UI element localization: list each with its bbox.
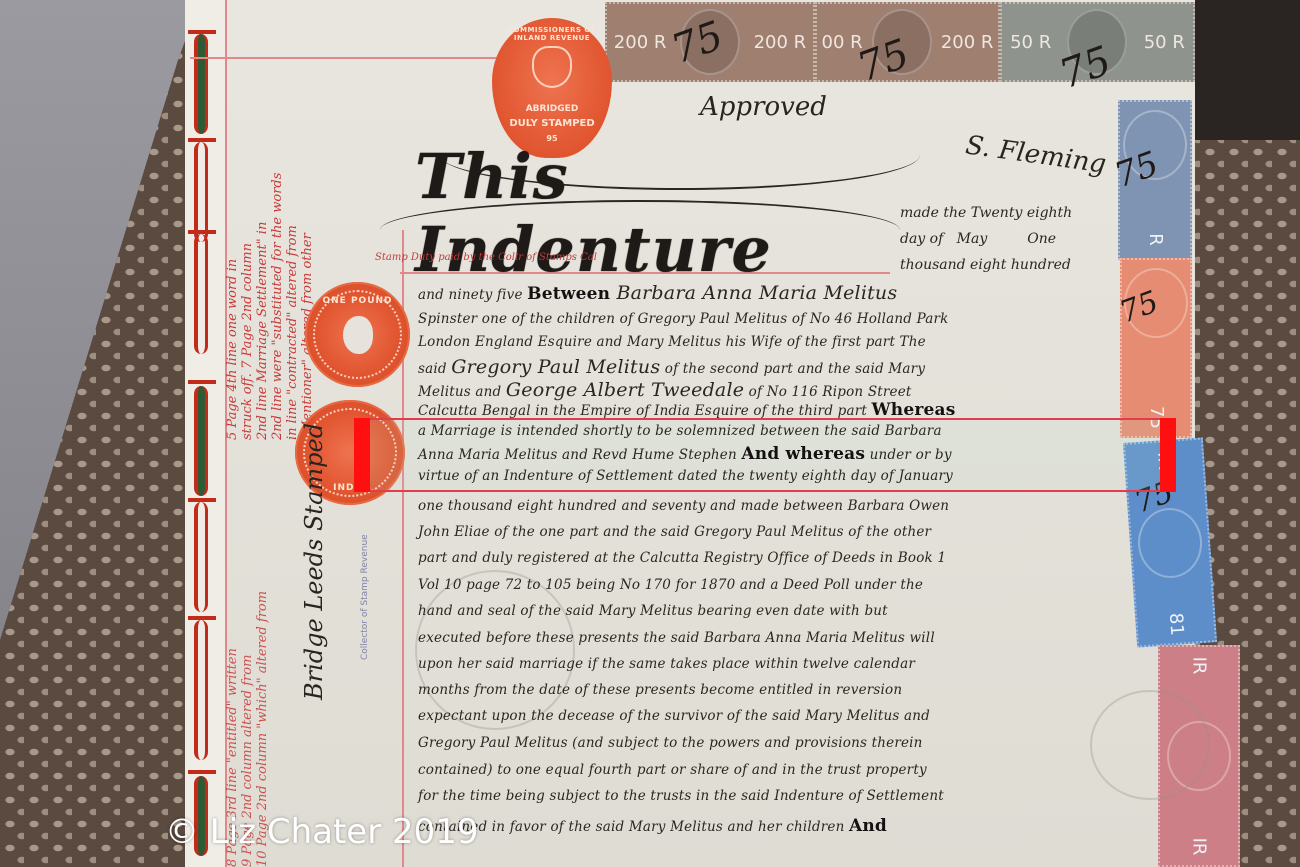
body-line: expectant upon the decease of the surviv… <box>418 708 930 724</box>
body-line: London England Esquire and Mary Melitus … <box>418 334 926 350</box>
crown-icon <box>532 46 572 88</box>
margin-note: 8 Page 3rd line "entitled" written <box>225 447 240 867</box>
stamp-value: IR <box>1188 838 1209 856</box>
margin-note: struck off. 7 Page 2nd column <box>240 10 255 440</box>
date-month: May <box>957 231 988 247</box>
body-line-highlighted: a Marriage is intended shortly to be sol… <box>418 423 942 439</box>
body-line: said Gregory Paul Melitus of the second … <box>418 356 925 378</box>
ribbon-tie <box>188 770 216 774</box>
stamp-value: 50 R <box>1010 32 1051 53</box>
vertical-signature: Bridge Leeds Stamped <box>300 420 340 700</box>
date-day: Twenty eighth <box>971 205 1073 221</box>
date-year-start: One <box>1027 231 1056 247</box>
ribbon-segment <box>194 386 208 496</box>
body-line: Melitus and George Albert Tweedale of No… <box>418 379 912 401</box>
date-year-rest: thousand eight hundred <box>900 257 1071 273</box>
body-line: upon her said marriage if the same takes… <box>418 656 915 672</box>
stamp-duty-note: Stamp Duty paid by the Collr of Stamps C… <box>375 252 597 263</box>
ribbon-tie <box>188 380 216 384</box>
body-line: executed before these presents the said … <box>418 630 935 646</box>
stamp-value: 200 R <box>754 32 807 53</box>
margin-note: 2nd line were "substituted for the words <box>270 10 285 440</box>
body-line: contained) to one equal fourth part or s… <box>418 762 927 778</box>
body-line: for the time being subject to the trusts… <box>418 788 944 804</box>
body-line: Gregory Paul Melitus (and subject to the… <box>418 735 923 751</box>
background-shadow <box>1190 0 1300 140</box>
margin-note: 5 Page 4th line one word in <box>225 10 240 440</box>
date-block: made the Twenty eighth day of May One th… <box>900 200 1120 278</box>
body-line: contained in favor of the said Mary Meli… <box>418 816 887 836</box>
highlight-bar-right <box>1160 418 1176 492</box>
ribbon-binding <box>188 20 220 860</box>
date-day-of: day of <box>900 231 943 247</box>
stamp-value: 200 R <box>614 32 667 53</box>
body-line-highlighted: virtue of an Indenture of Settlement dat… <box>418 468 953 484</box>
ribbon-segment <box>194 234 208 354</box>
approval-signature: Approved <box>700 92 827 122</box>
revenue-stamp-side: 75 <box>1120 258 1192 438</box>
body-line-highlighted: Anna Maria Melitus and Revd Hume Stephen… <box>418 444 952 464</box>
ribbon-segment <box>194 502 208 612</box>
body-line: one thousand eight hundred and seventy a… <box>418 498 949 514</box>
stamp-value: 50 R <box>1144 32 1185 53</box>
ribbon-segment <box>194 620 208 760</box>
faint-embossed-seal <box>415 570 575 730</box>
stamp-label: ABRIDGED <box>492 104 612 114</box>
body-line: Spinster one of the children of Gregory … <box>418 311 949 327</box>
stamp-value: IR <box>1188 657 1209 675</box>
copyright-watermark: © Liz Chater 2019 <box>165 812 479 852</box>
seal-label: ONE POUND <box>322 296 392 306</box>
stamp-value: 81 <box>1164 612 1187 636</box>
margin-note: "Mentioner" altered from other <box>300 10 315 440</box>
document-title: This Indenture <box>415 140 895 230</box>
date-prefix: made the <box>900 205 966 221</box>
ribbon-segment <box>194 142 208 242</box>
margin-note: 2nd line Marriage Settlement" in <box>255 10 270 440</box>
ribbon-segment <box>194 34 208 134</box>
stamp-value: R <box>1144 233 1165 246</box>
body-line: Calcutta Bengal in the Empire of India E… <box>418 400 956 420</box>
margin-annotations: 5 Page 4th line one word in struck off. … <box>225 10 320 440</box>
body-line: hand and seal of the said Mary Melitus b… <box>418 603 888 619</box>
stamp-arc-text: COMMISSIONERS OF INLAND REVENUE <box>498 26 606 42</box>
margin-note: 9 Page 2nd column altered from <box>240 447 255 867</box>
body-line: Vol 10 page 72 to 105 being No 170 for 1… <box>418 577 923 593</box>
margin-note: 10 Page 2nd column "which" altered from <box>255 447 270 867</box>
body-line: part and duly registered at the Calcutta… <box>418 550 946 566</box>
one-pound-seal: ONE POUND <box>305 282 410 387</box>
body-line: months from the date of these presents b… <box>418 682 902 698</box>
body-line: John Eliae of the one part and the said … <box>418 524 931 540</box>
body-line: and ninety five Between Barbara Anna Mar… <box>418 282 897 304</box>
faint-embossed-seal <box>1090 690 1210 800</box>
stamp-value: 200 R <box>941 32 994 53</box>
margin-note: in line "contracted" altered from <box>285 10 300 440</box>
highlight-bar-left <box>354 418 370 492</box>
